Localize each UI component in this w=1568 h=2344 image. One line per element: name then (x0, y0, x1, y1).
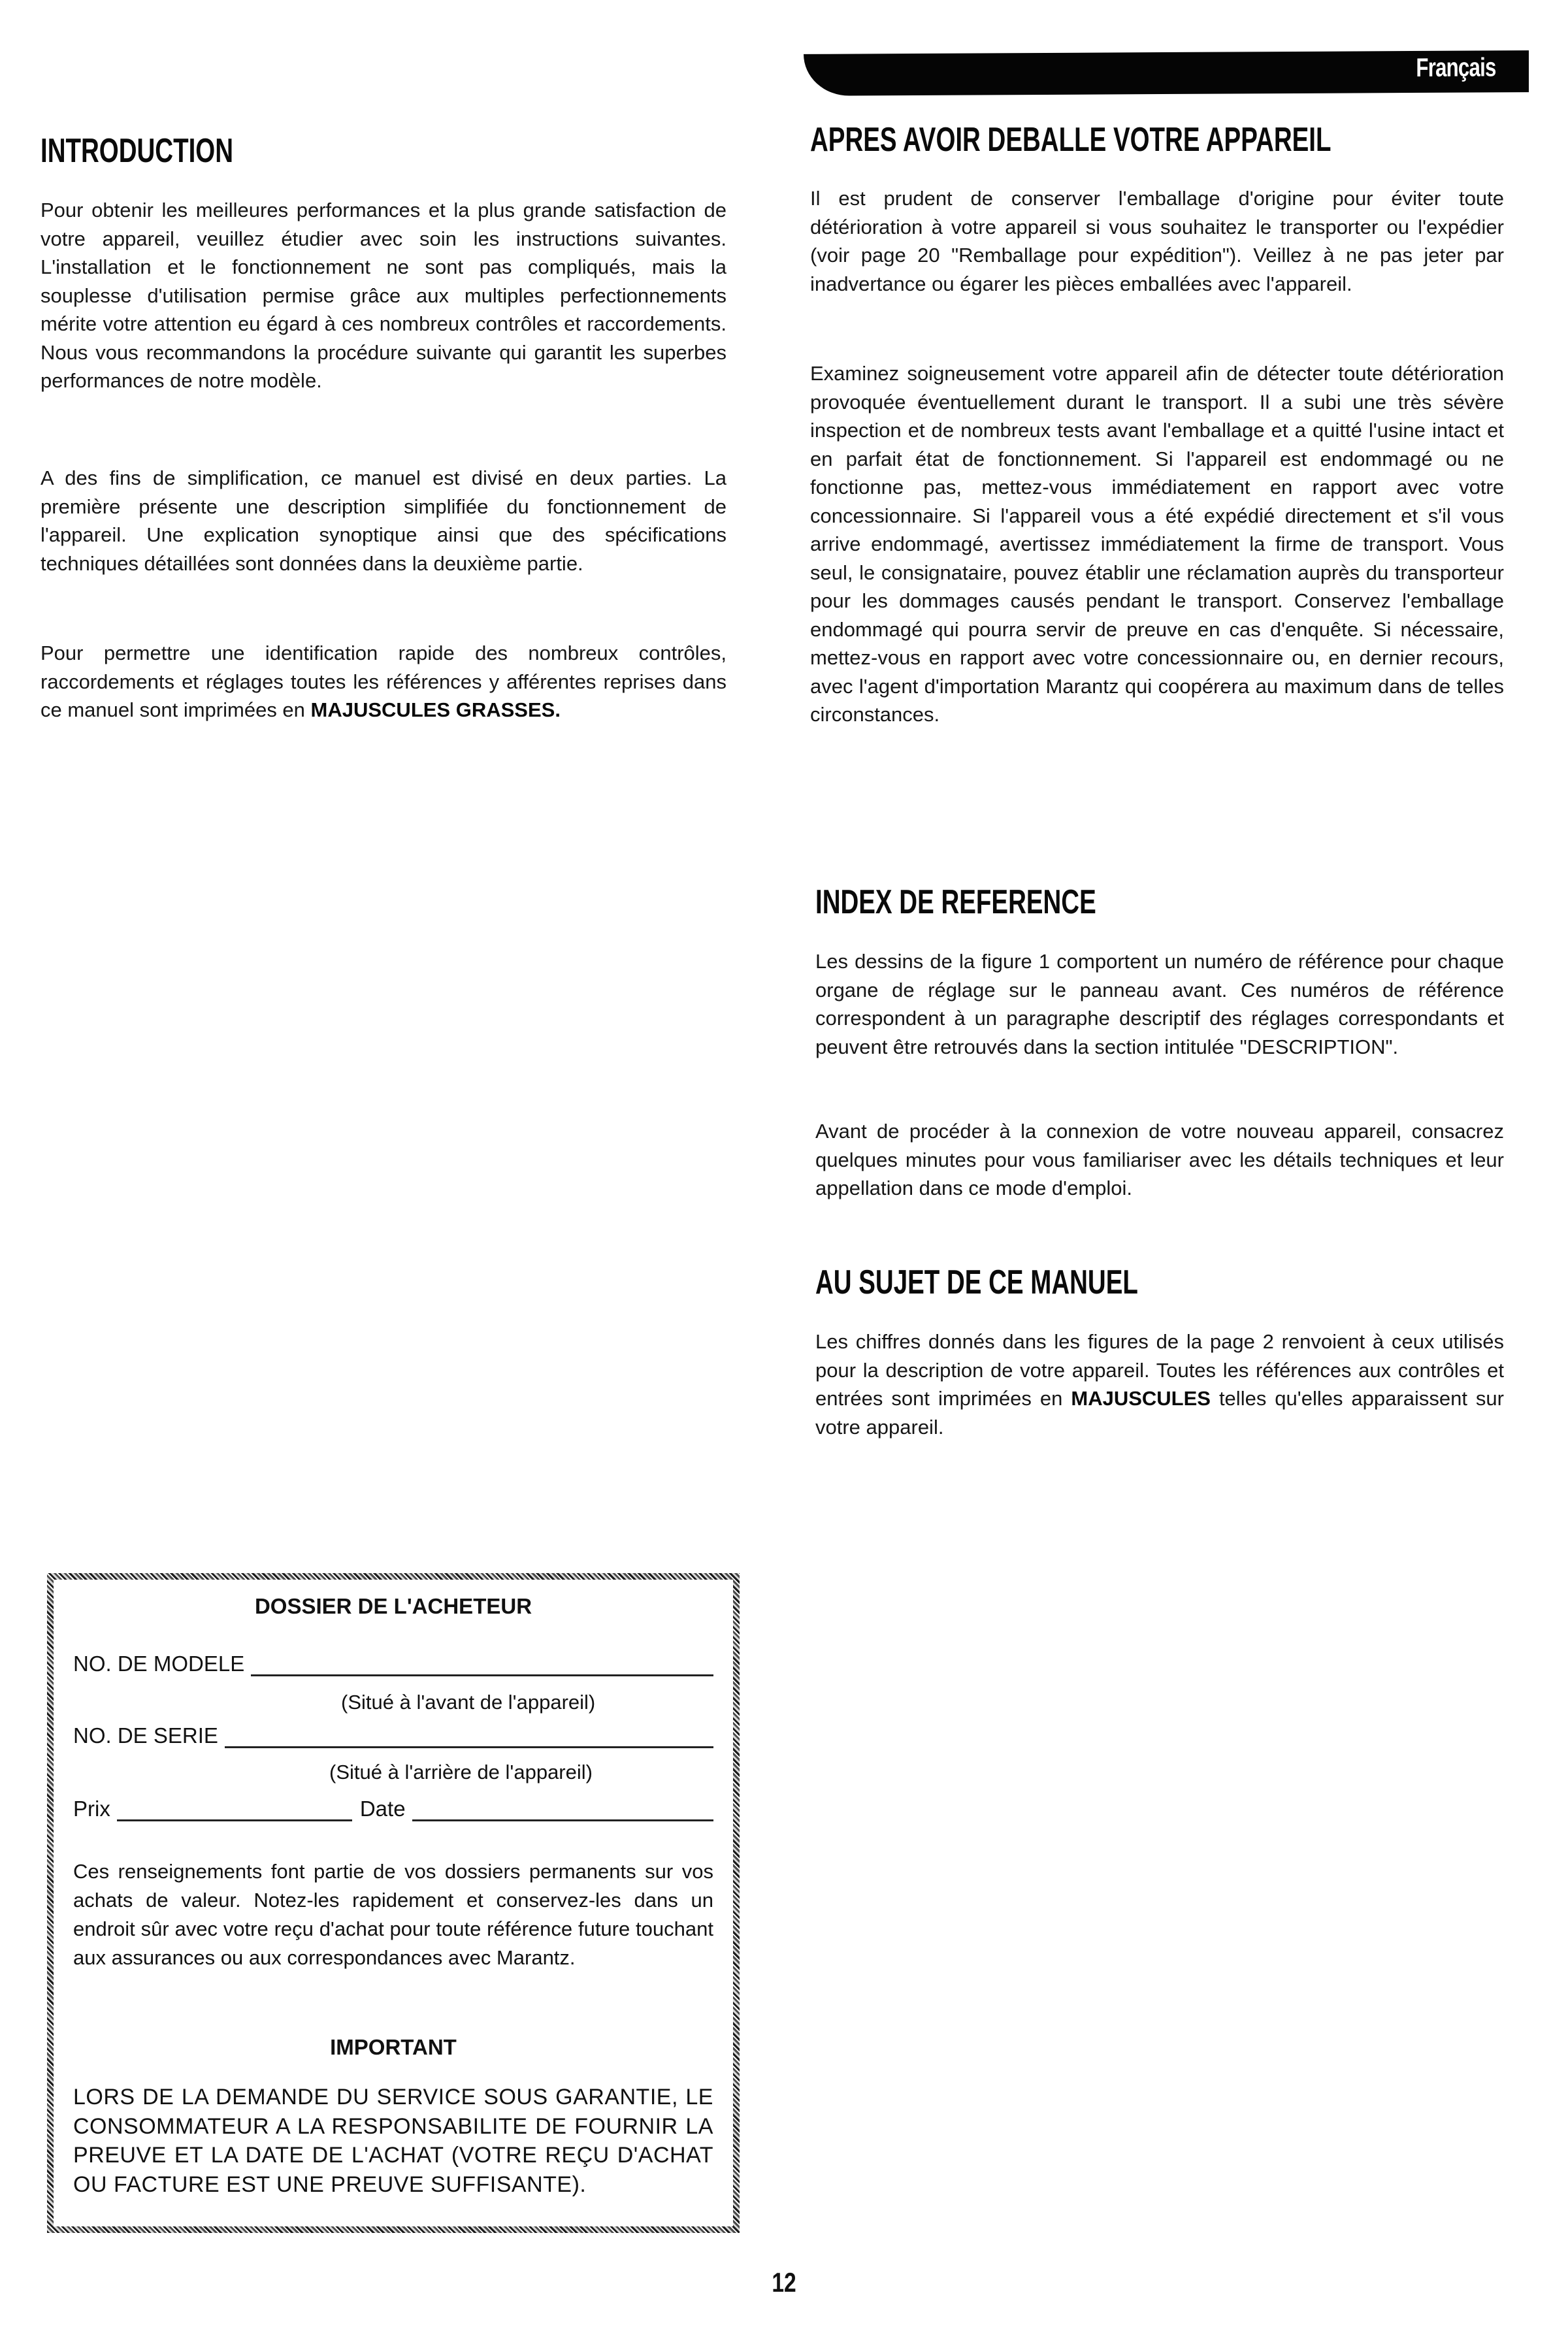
page-number: 12 (763, 2267, 805, 2298)
unpacking-paragraph-1: Il est prudent de conserver l'emballage … (810, 184, 1504, 298)
unpacking-paragraph-2: Examinez soigneusement votre appareil af… (810, 359, 1504, 729)
model-number-hint: (Situé à l'avant de l'appareil) (341, 1691, 595, 1714)
buyer-record-box: DOSSIER DE L'ACHETEUR NO. DE MODELE (Sit… (47, 1573, 740, 2233)
price-label: Prix (73, 1797, 110, 1821)
unpacking-heading: APRES AVOIR DEBALLE VOTRE APPAREIL (810, 123, 1331, 157)
model-number-field[interactable] (251, 1657, 713, 1676)
serial-number-row: NO. DE SERIE (73, 1723, 713, 1748)
price-date-row: Prix Date (73, 1797, 713, 1821)
about-manual-heading: AU SUJET DE CE MANUEL (815, 1265, 1138, 1299)
important-heading: IMPORTANT (73, 2035, 713, 2060)
introduction-paragraph-3-bold: MAJUSCULES GRASSES. (311, 698, 561, 721)
model-number-row: NO. DE MODELE (73, 1652, 713, 1676)
about-manual-bold: MAJUSCULES (1071, 1387, 1211, 1410)
introduction-paragraph-1: Pour obtenir les meilleures performances… (41, 196, 727, 395)
price-field[interactable] (117, 1802, 352, 1821)
buyer-record-info-paragraph: Ces renseignements font partie de vos do… (73, 1857, 713, 1972)
date-field[interactable] (412, 1802, 713, 1821)
reference-index-heading: INDEX DE REFERENCE (815, 885, 1096, 919)
serial-number-label: NO. DE SERIE (73, 1723, 218, 1748)
reference-index-paragraph-2: Avant de procéder à la connexion de votr… (815, 1117, 1504, 1203)
introduction-paragraph-3: Pour permettre une identification rapide… (41, 639, 727, 724)
buyer-record-title: DOSSIER DE L'ACHETEUR (73, 1594, 713, 1619)
language-banner: Français (804, 50, 1529, 96)
introduction-heading: INTRODUCTION (41, 134, 233, 168)
introduction-paragraph-2: A des fins de simplification, ce manuel … (41, 464, 727, 578)
date-label: Date (360, 1797, 406, 1821)
reference-index-paragraph-1: Les dessins de la figure 1 comportent un… (815, 947, 1504, 1061)
serial-number-field[interactable] (225, 1729, 713, 1748)
serial-number-hint: (Situé à l'arrière de l'appareil) (329, 1761, 593, 1784)
warranty-notice: LORS DE LA DEMANDE DU SERVICE SOUS GARAN… (73, 2083, 713, 2199)
model-number-label: NO. DE MODELE (73, 1652, 244, 1676)
language-label: Français (1416, 53, 1496, 83)
about-manual-paragraph: Les chiffres donnés dans les figures de … (815, 1327, 1504, 1441)
